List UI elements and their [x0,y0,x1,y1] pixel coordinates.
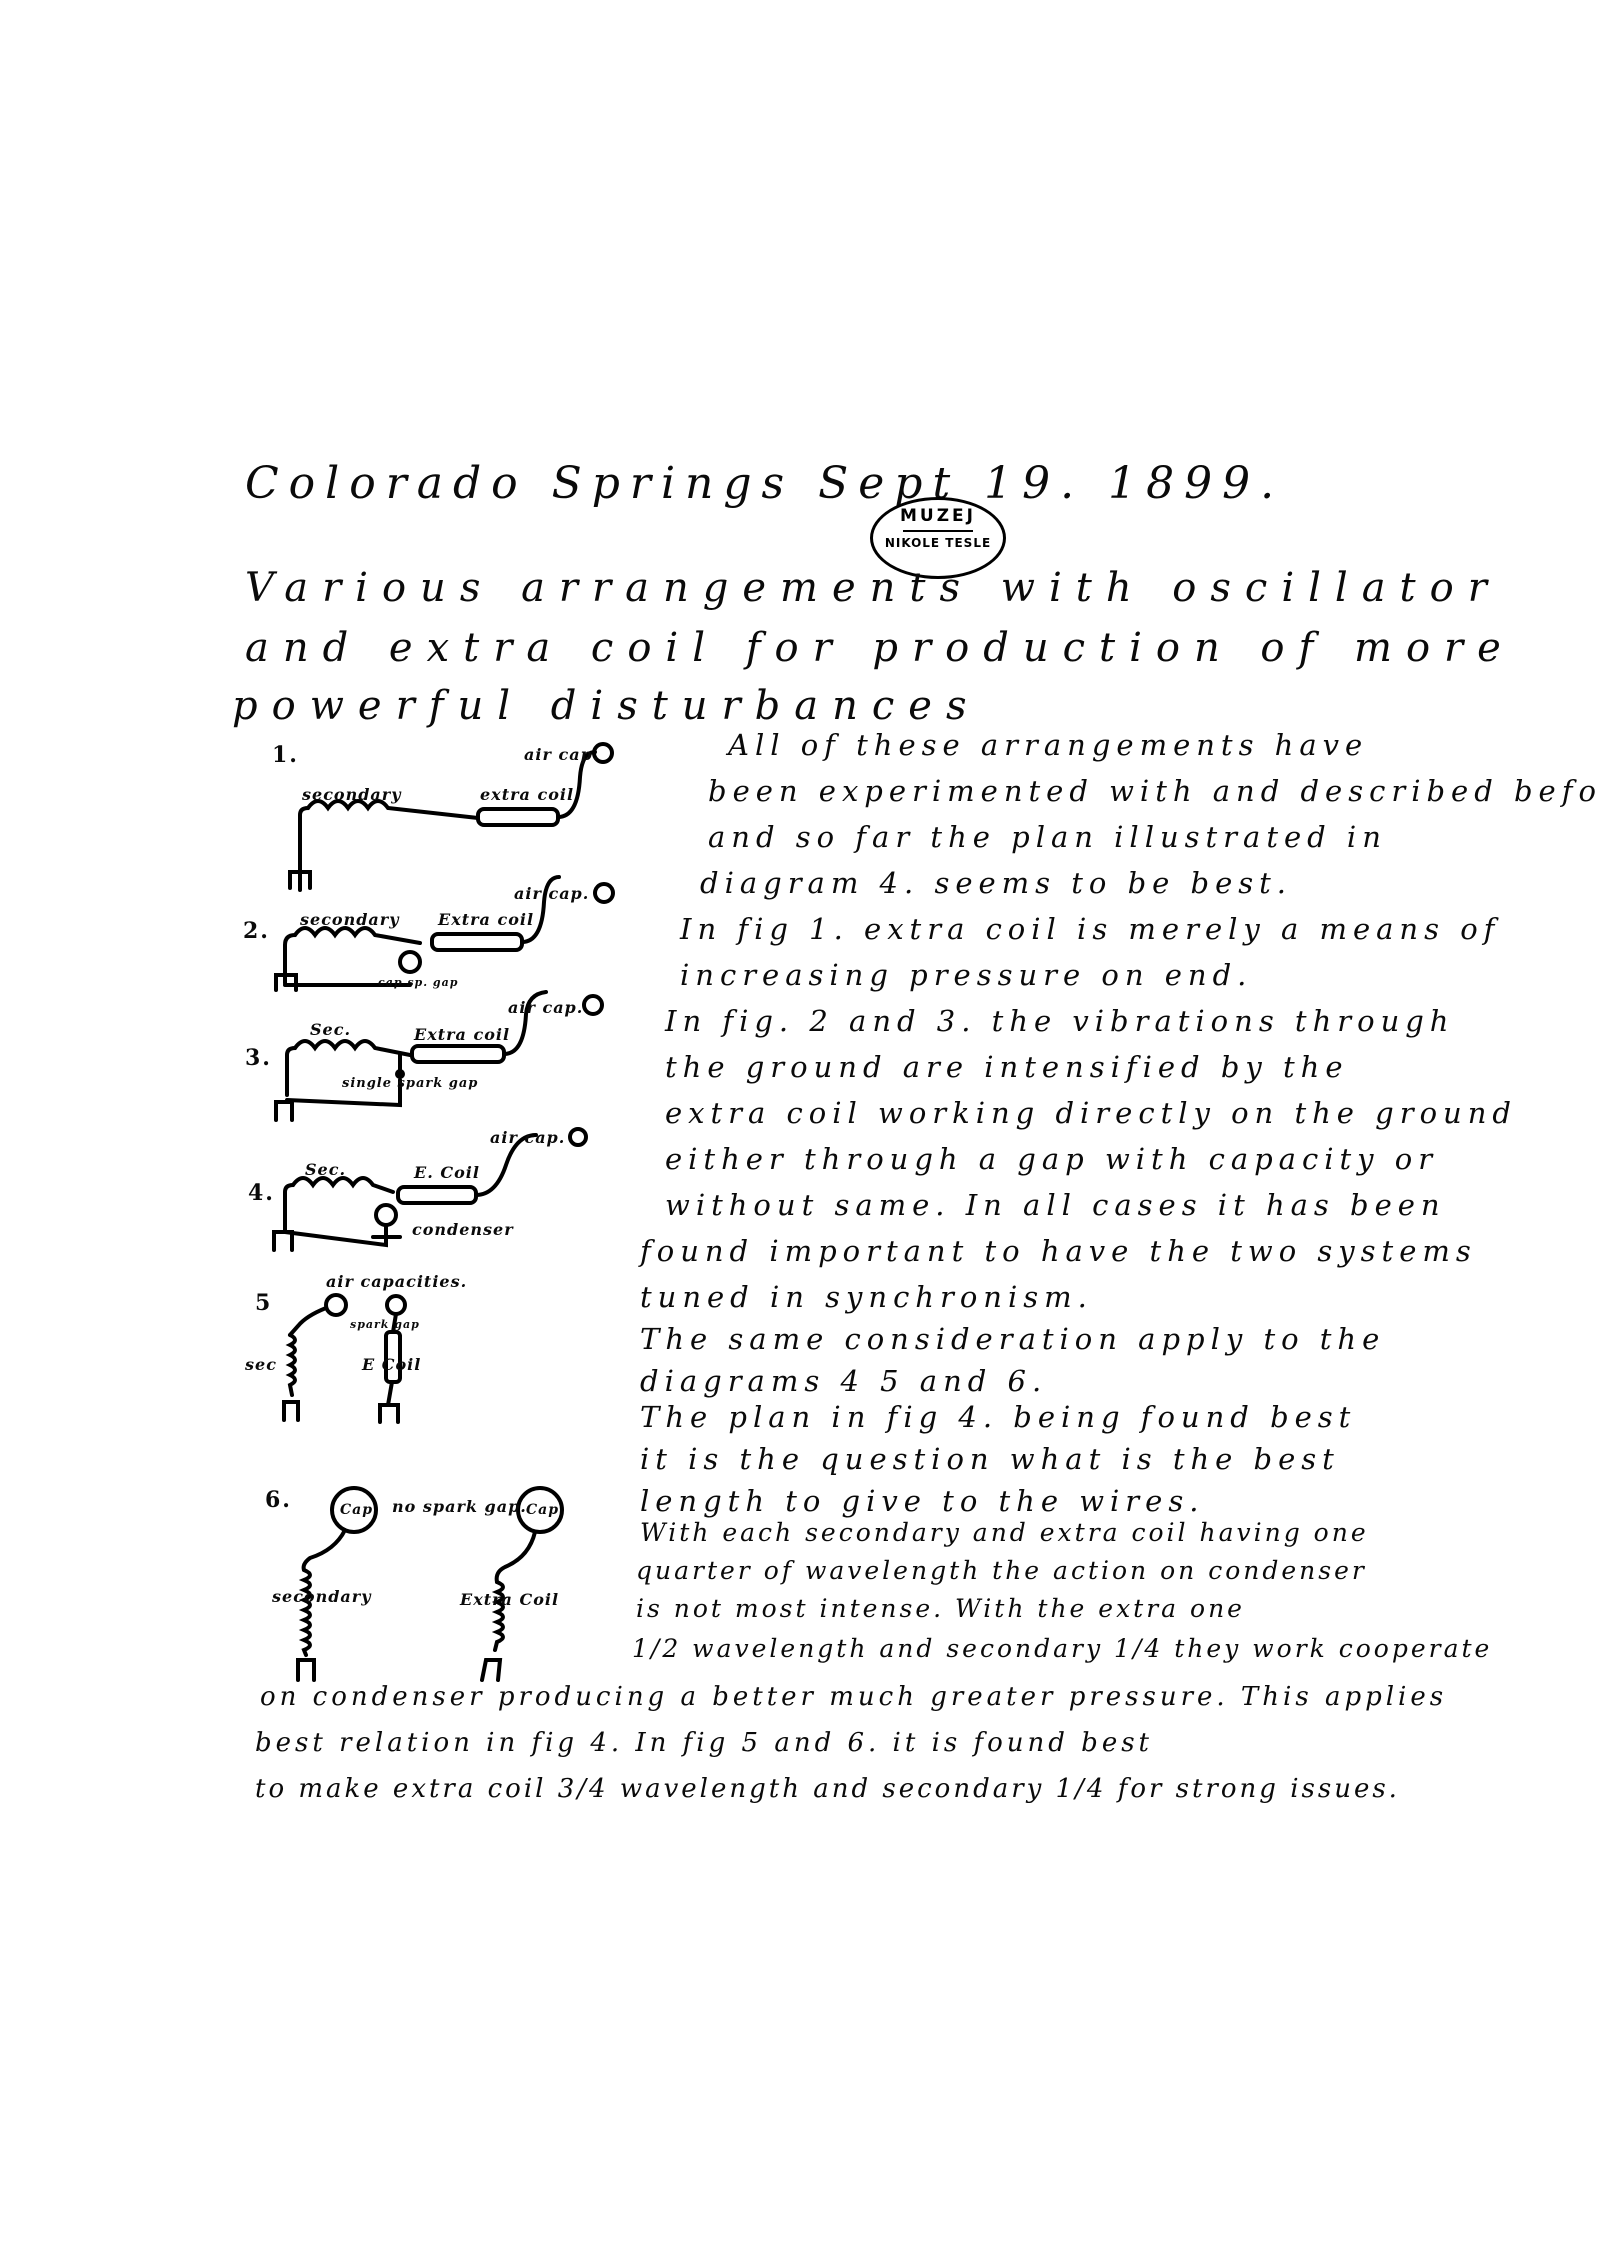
fig-5-secondary-label: sec [245,1355,277,1374]
fig-5-air-capacities-label: air capacities. [326,1272,467,1291]
fig-1-extra-coil-label: extra coil [480,785,574,804]
body-line: it is the question what is the best [640,1442,1340,1476]
fig-6-number: 6. [265,1487,292,1513]
fig-2-gap-label: cap sp. gap [378,976,458,989]
fig-3-extra-coil-label: Extra coil [414,1025,510,1044]
fig-2-secondary-label: secondary [300,910,400,929]
body-line: and so far the plan illustrated in [708,820,1387,854]
fig-5-number: 5 [255,1290,272,1316]
body-line: In fig 1. extra coil is merely a means o… [680,912,1500,946]
fig-1-secondary-label: secondary [302,785,402,804]
footer-line: to make extra coil 3/4 wavelength and se… [255,1774,1400,1804]
fig-4-condenser-label: condenser [412,1220,514,1239]
body-line: without same. In all cases it has been [665,1188,1446,1222]
fig-6-extra-coil-label: Extra Coil [460,1590,559,1609]
fig-1-number: 1. [272,742,299,768]
fig-3-number: 3. [245,1045,272,1071]
fig-6-no-spark-gap-label: no spark gap. [392,1497,527,1516]
fig-4-secondary-label: Sec. [305,1160,346,1179]
footer-line: best relation in fig 4. In fig 5 and 6. … [255,1728,1153,1758]
fig-2-extra-coil-label: Extra coil [438,910,534,929]
manuscript-page: Colorado Springs Sept 19. 1899. MUZEJ NI… [0,0,1600,2241]
body-line: the ground are intensified by the [665,1050,1348,1084]
fig-6-right-cap-label: Cap [526,1502,559,1518]
fig-5-extra-coil-label: E Coil [362,1355,421,1374]
body-line: The same consideration apply to the [640,1322,1385,1356]
body-line: is not most intense. With the extra one [636,1594,1245,1623]
body-line: length to give to the wires. [640,1484,1204,1518]
footer-line: on condenser producing a better much gre… [260,1682,1447,1712]
fig-4-extra-coil-label: E. Coil [414,1163,480,1182]
body-line: extra coil working directly on the groun… [665,1096,1517,1130]
body-line: tuned in synchronism. [640,1280,1093,1314]
body-line: found important to have the two systems [640,1234,1477,1268]
body-line: In fig. 2 and 3. the vibrations through [665,1004,1455,1038]
fig-6-secondary-label: secondary [272,1587,372,1606]
fig-3-air-cap-label: air cap. [508,998,583,1017]
fig-6-left-cap-label: Cap [340,1502,373,1518]
body-line: All of these arrangements have [728,728,1368,762]
fig-4-air-cap-label: air cap. [490,1128,565,1147]
fig-3-spark-gap-label: single spark gap [342,1076,478,1091]
body-line: 1/2 wavelength and secondary 1/4 they wo… [632,1634,1492,1663]
fig-2-air-cap-label: air cap. [514,884,589,903]
fig-3-secondary-label: Sec. [310,1020,351,1039]
fig-2-number: 2. [243,918,270,944]
fig-1-air-cap-label: air cap. [524,745,599,764]
body-line: either through a gap with capacity or [665,1142,1438,1176]
body-line: The plan in fig 4. being found best [640,1400,1356,1434]
body-line: diagrams 4 5 and 6. [640,1364,1047,1398]
body-line: increasing pressure on end. [680,958,1252,992]
body-line: With each secondary and extra coil havin… [640,1518,1369,1547]
body-line: quarter of wavelength the action on cond… [636,1556,1367,1585]
fig-5-spark-gap-label: spark gap [350,1318,420,1331]
fig-4-number: 4. [248,1180,275,1206]
body-line: diagram 4. seems to be best. [700,866,1292,900]
body-line: been experimented with and described bef… [708,774,1600,808]
